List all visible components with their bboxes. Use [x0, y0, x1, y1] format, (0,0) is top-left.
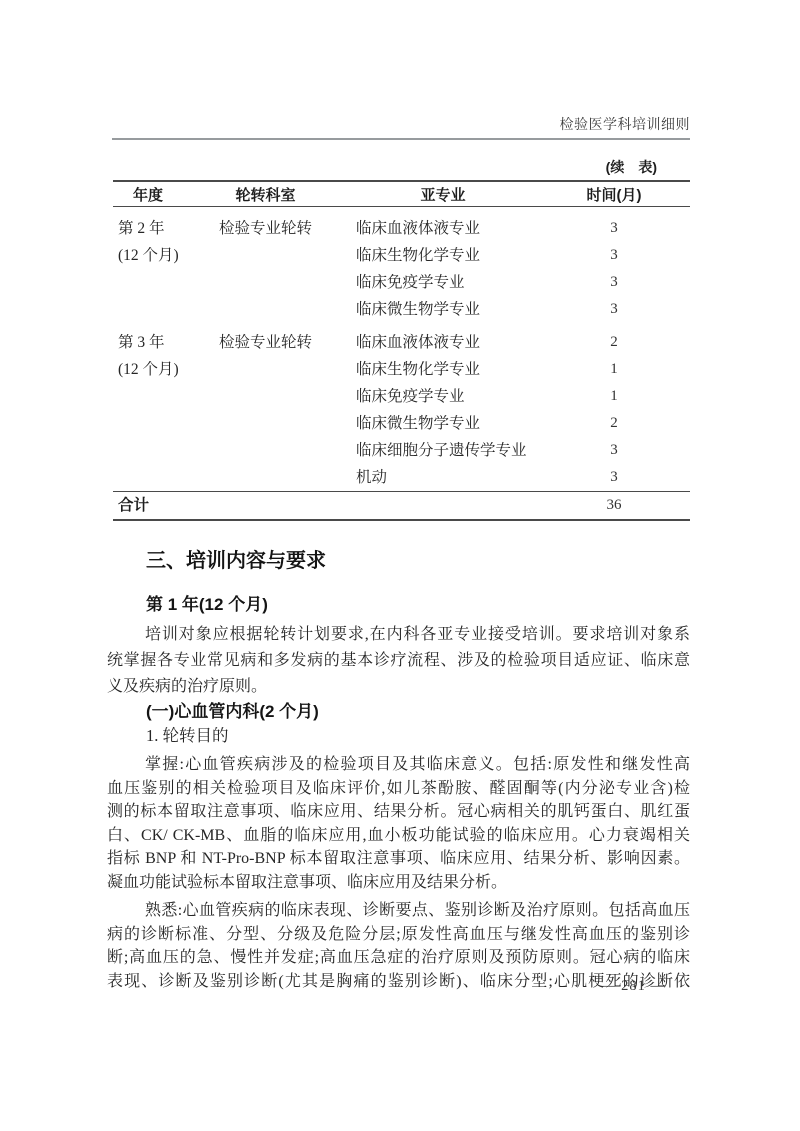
months-cell: 2 1 1 2 3 3 [538, 329, 690, 491]
text-line: 病的诊断标准、分型、分级及危险分层;原发性高血压与继发性高血压的鉴别诊 [107, 923, 690, 947]
table-row: 机动 [356, 464, 538, 491]
table-continuation-note: (续 表) [113, 157, 690, 180]
total-value: 36 [538, 492, 690, 519]
rotation-schedule-table: (续 表) 年度 轮转科室 亚专业 时间(月) 第 2 年 (12 个月) 检验… [113, 157, 690, 521]
table-row: 临床免疫学专业 [356, 269, 538, 296]
text-line: 断;高血压的急、慢性并发症;高血压急症的治疗原则及预防原则。冠心病的临床 [107, 946, 690, 970]
main-content: 三、培训内容与要求 第 1 年(12 个月) 培训对象应根据轮转计划要求,在内科… [107, 548, 690, 993]
months-value: 3 [538, 242, 690, 269]
text-line: 白、CK/ CK-MB、血脂的临床应用,血小板功能试验的临床应用。心力衰竭相关 [107, 824, 690, 848]
text-line: 指标 BNP 和 NT-Pro-BNP 标本留取注意事项、临床应用、结果分析、影… [107, 847, 690, 871]
table-row: 临床生物化学专业 [356, 356, 538, 383]
subsection-heading: (一)心血管内科(2 个月) [146, 700, 690, 724]
department-cell: 检验专业轮转 [183, 329, 348, 491]
column-header-department: 轮转科室 [183, 184, 348, 205]
text-line: 义及疾病的治疗原则。 [107, 674, 690, 700]
table-total-row: 合计 36 [113, 491, 690, 521]
total-label: 合计 [113, 492, 183, 519]
table-row: 临床血液体液专业 [356, 215, 538, 242]
table-row: 临床免疫学专业 [356, 383, 538, 410]
months-value: 1 [538, 356, 690, 383]
column-header-months: 时间(月) [538, 184, 690, 205]
table-group-year3: 第 3 年 (12 个月) 检验专业轮转 临床血液体液专业 临床生物化学专业 临… [113, 323, 690, 491]
months-value: 3 [538, 437, 690, 464]
table-group-year2: 第 2 年 (12 个月) 检验专业轮转 临床血液体液专业 临床生物化学专业 临… [113, 207, 690, 323]
months-value: 2 [538, 410, 690, 437]
paragraph-intro: 培训对象应根据轮转计划要求,在内科各亚专业接受培训。要求培训对象系 统掌握各专业… [107, 622, 690, 700]
text-line: 血压鉴别的相关检验项目及临床评价,如儿茶酚胺、醛固酮等(内分泌专业含)检 [107, 777, 690, 801]
year-label: 第 2 年 [118, 215, 183, 242]
months-value: 3 [538, 296, 690, 323]
year-cell: 第 2 年 (12 个月) [113, 215, 183, 323]
section-heading: 三、培训内容与要求 [146, 548, 690, 574]
document-page: 检验医学科培训细则 (续 表) 年度 轮转科室 亚专业 时间(月) 第 2 年 … [0, 0, 800, 1131]
text-line: 凝血功能试验标本留取注意事项、临床应用及结果分析。 [107, 871, 690, 895]
department-cell: 检验专业轮转 [183, 215, 348, 323]
year-cell: 第 3 年 (12 个月) [113, 329, 183, 491]
text-line: 掌握:心血管疾病涉及的检验项目及其临床意义。包括:原发性和继发性高 [107, 753, 690, 777]
text-line: 培训对象应根据轮转计划要求,在内科各亚专业接受培训。要求培训对象系 [107, 622, 690, 648]
table-header-row: 年度 轮转科室 亚专业 时间(月) [113, 180, 690, 207]
column-header-subspecialty: 亚专业 [348, 184, 538, 205]
subspecialty-cell: 临床血液体液专业 临床生物化学专业 临床免疫学专业 临床微生物学专业 [348, 215, 538, 323]
text-line: 统掌握各专业常见病和多发病的基本诊疗流程、涉及的检验项目适应证、临床意 [107, 648, 690, 674]
table-row: 临床生物化学专业 [356, 242, 538, 269]
table-row: 临床微生物学专业 [356, 296, 538, 323]
subspecialty-cell: 临床血液体液专业 临床生物化学专业 临床免疫学专业 临床微生物学专业 临床细胞分… [348, 329, 538, 491]
text-line: 熟悉:心血管疾病的临床表现、诊断要点、鉴别诊断及治疗原则。包括高血压 [107, 899, 690, 923]
column-header-year: 年度 [113, 184, 183, 205]
months-value: 1 [538, 383, 690, 410]
table-row: 临床细胞分子遗传学专业 [356, 437, 538, 464]
year-note: (12 个月) [118, 242, 183, 269]
table-row: 临床血液体液专业 [356, 329, 538, 356]
months-value: 2 [538, 329, 690, 356]
year-label: 第 3 年 [118, 329, 183, 356]
table-row: 临床微生物学专业 [356, 410, 538, 437]
header-rule [112, 138, 690, 140]
page-number: — 281 — [113, 978, 666, 995]
months-value: 3 [538, 464, 690, 491]
paragraph-master: 掌握:心血管疾病涉及的检验项目及其临床意义。包括:原发性和继发性高 血压鉴别的相… [107, 753, 690, 894]
text-line: 测的标本留取注意事项、临床应用、结果分析。冠心病相关的肌钙蛋白、肌红蛋 [107, 800, 690, 824]
running-header: 检验医学科培训细则 [113, 114, 690, 134]
item-heading: 1. 轮转目的 [146, 724, 690, 748]
months-value: 3 [538, 215, 690, 242]
months-cell: 3 3 3 3 [538, 215, 690, 323]
months-value: 3 [538, 269, 690, 296]
year1-heading: 第 1 年(12 个月) [146, 593, 690, 617]
running-header-title: 检验医学科培训细则 [560, 118, 691, 133]
year-note: (12 个月) [118, 356, 183, 383]
